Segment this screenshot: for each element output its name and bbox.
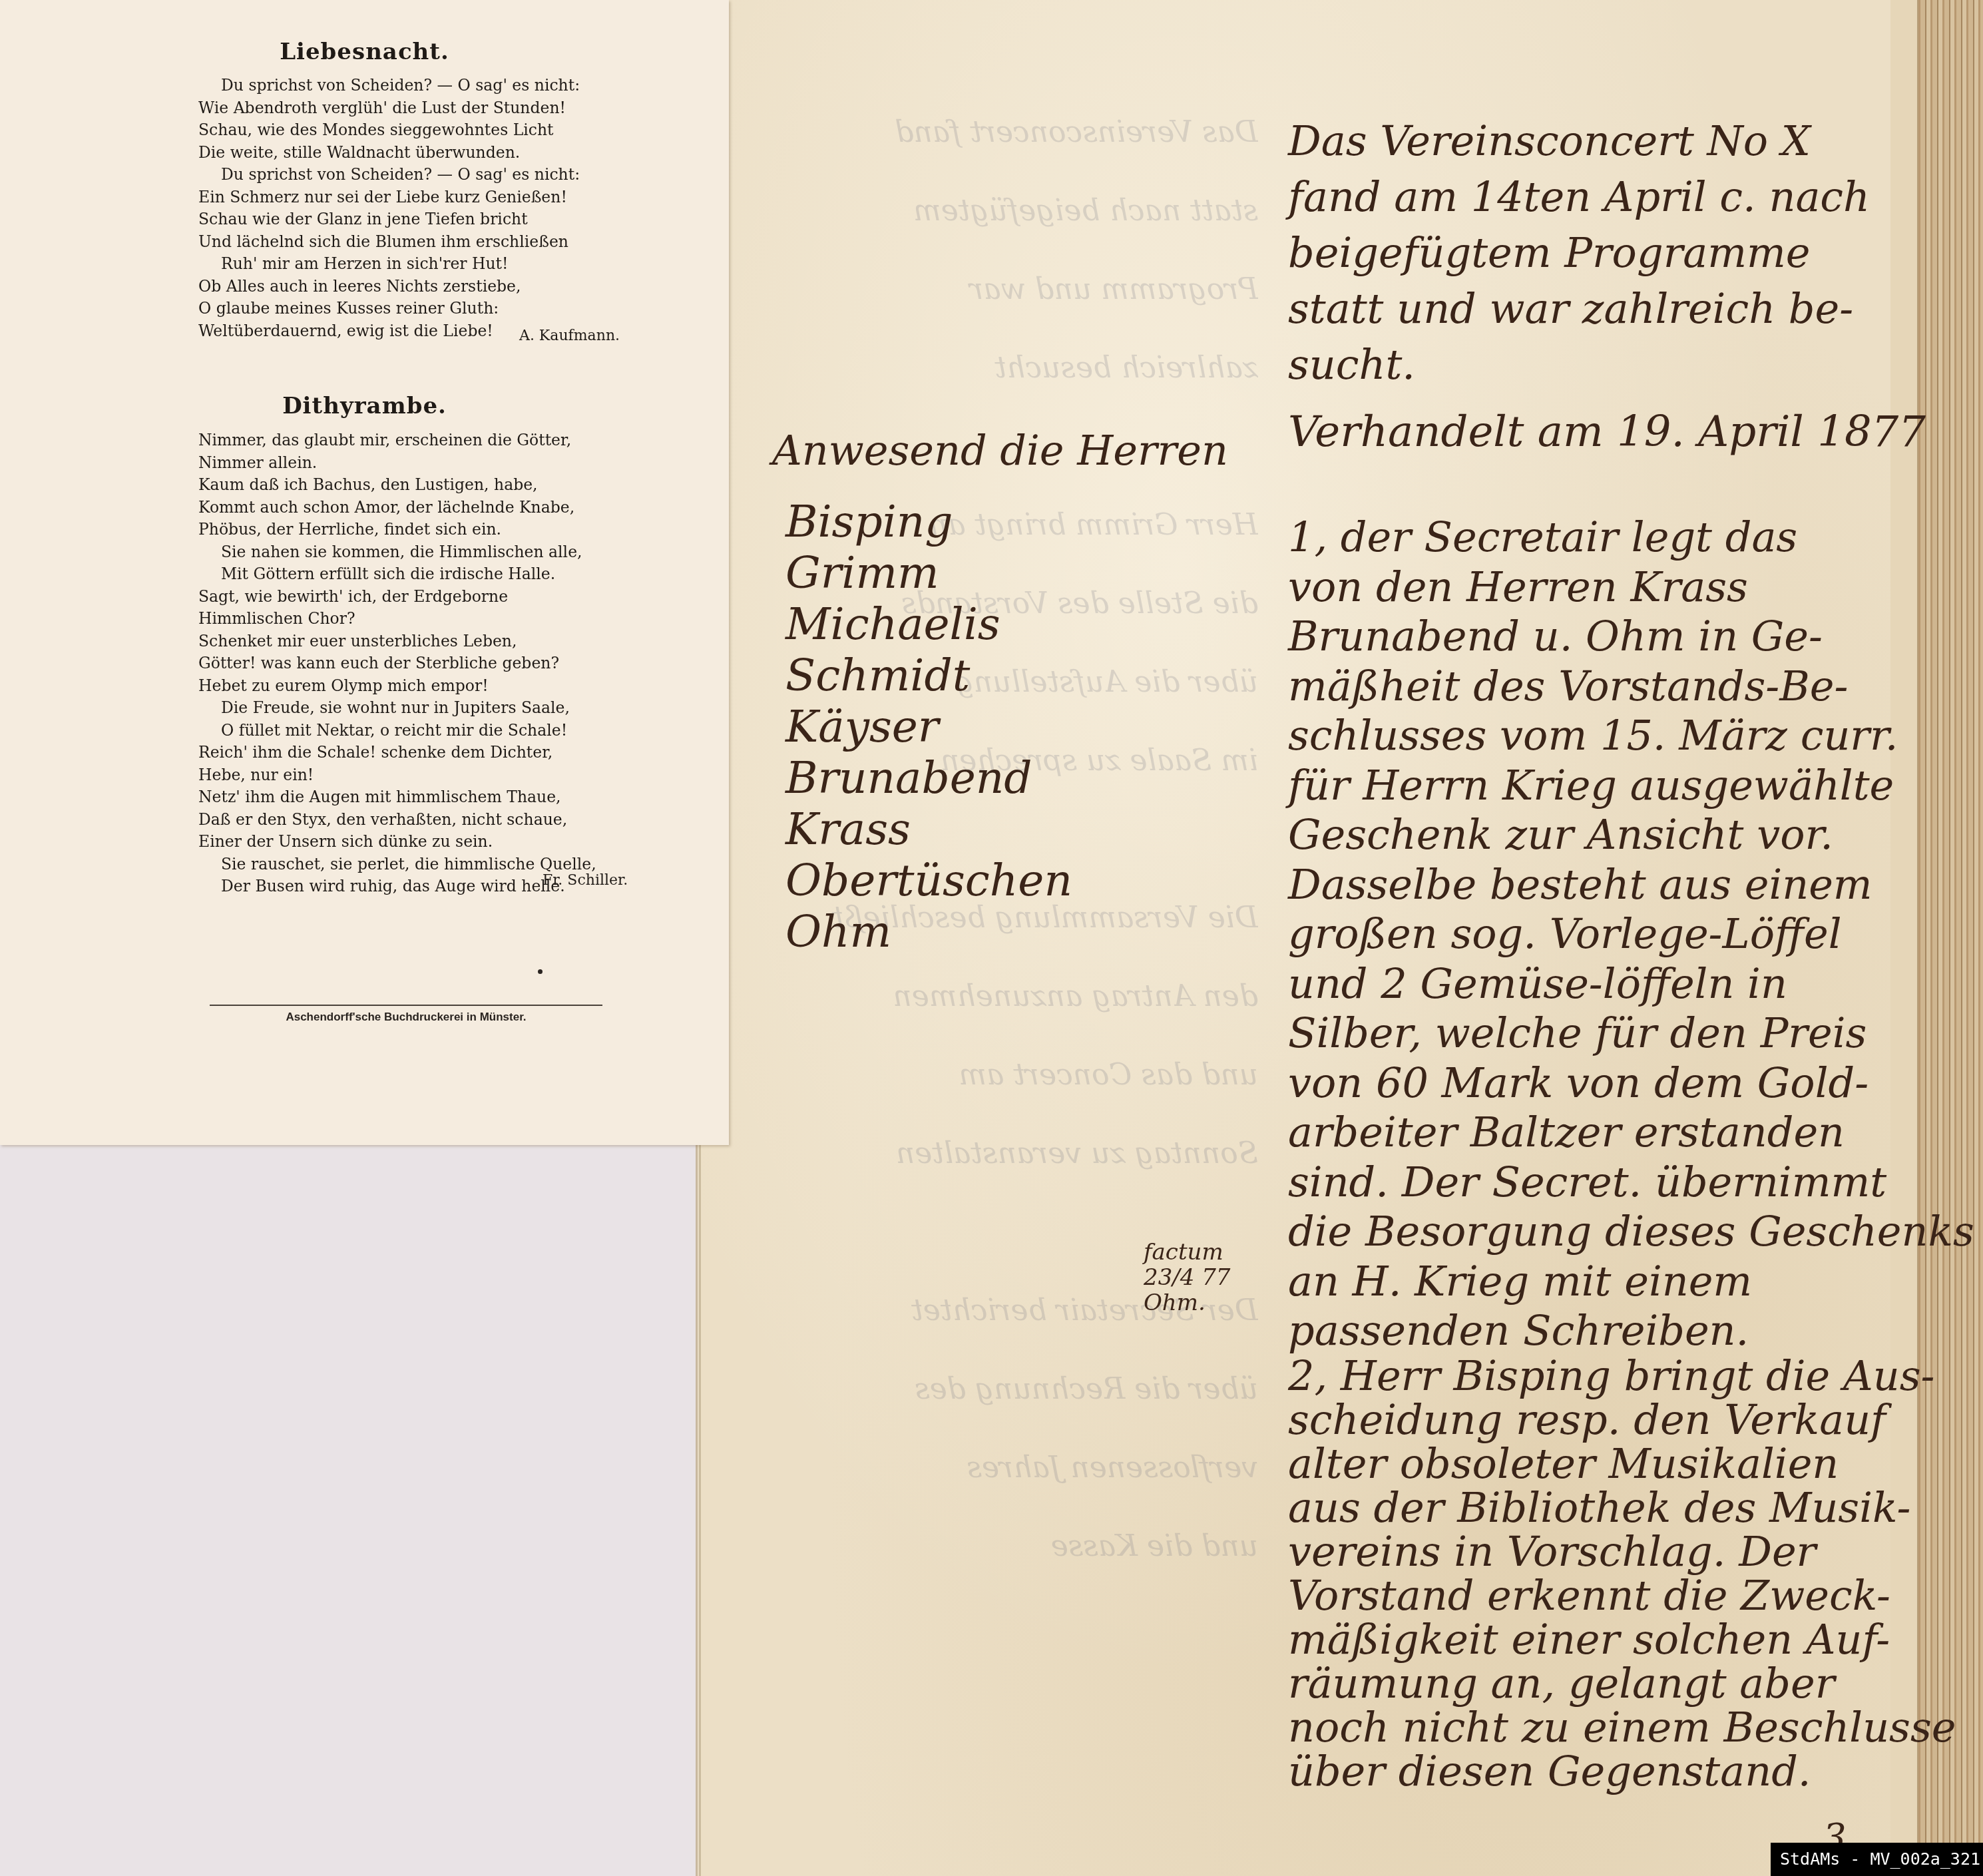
handwritten-line: über diesen Gegenstand. [1288,1747,1811,1795]
handwritten-line: Vorstand erkennt die Zweck- [1288,1571,1890,1620]
attendee-name: Käyser [785,701,939,752]
attendee-name: Brunabend [785,752,1032,804]
poem-line: Sagt, wie bewirth' ich, der Erdgeborne [198,586,638,608]
poem-title-dithyrambe: Dithyrambe. [0,393,729,419]
handwritten-line: sind. Der Secret. übernimmt [1288,1158,1886,1206]
attendee-name: Obertüschen [785,855,1072,906]
handwritten-line: großen sog. Vorlege-Löffel [1288,909,1842,958]
poem-line: O glaube meines Kusses reiner Gluth: [198,298,638,320]
poem-line: Und lächelnd sich die Blumen ihm erschli… [198,231,638,254]
handwritten-line: von den Herren Krass [1288,563,1748,611]
handwritten-line: räumung an, gelangt aber [1288,1659,1835,1708]
poem-line: Nimmer, das glaubt mir, erscheinen die G… [198,429,638,452]
poem-line: Ruh' mir am Herzen in sich'rer Hut! [198,253,638,276]
printer-rule [210,1005,602,1006]
poem-line: Ob Alles auch in leeres Nichts zerstiebe… [198,276,638,298]
ink-dot [538,969,543,974]
attendance-heading: Anwesend die Herren [772,426,1228,475]
handwritten-line: beigefügtem Programme [1288,228,1811,277]
meeting-heading: Verhandelt am 19. April 1877 [1288,407,1926,457]
handwritten-line: Das Vereinsconcert No X [1288,117,1811,165]
poem-line: Himmlischen Chor? [198,608,638,630]
printer-imprint: Aschendorff'sche Buchdruckerei in Münste… [210,1011,602,1024]
poem-line: Reich' ihm die Schale! schenke dem Dicht… [198,742,638,764]
handwritten-line: aus der Bibliothek des Musik- [1288,1483,1910,1532]
handwritten-line: Brunabend u. Ohm in Ge- [1288,612,1823,660]
archive-watermark: StdAMs - MV_002a_321 [1771,1843,1983,1876]
margin-note-factum: factum 23/4 77 Ohm. [1144,1240,1230,1315]
handwritten-line: mäßheit des Vorstands-Be- [1288,662,1848,710]
handwritten-line: schlusses vom 15. März curr. [1288,711,1898,760]
handwritten-line: an H. Krieg mit einem [1288,1257,1752,1305]
poem-line: Ein Schmerz nur sei der Liebe kurz Genie… [198,186,638,209]
poem-line: Schau wie der Glanz in jene Tiefen brich… [198,208,638,231]
handwritten-line: noch nicht zu einem Beschlusse [1288,1703,1956,1752]
handwritten-line: passenden Schreiben. [1288,1306,1749,1355]
attendee-name: Krass [785,804,911,855]
poem-line: Wie Abendroth verglüh' die Lust der Stun… [198,97,638,120]
handwritten-line: Geschenk zur Ansicht vor. [1288,810,1833,859]
poem-liebesnacht: Du sprichst von Scheiden? — O sag' es ni… [198,75,638,342]
handwritten-line: alter obsoleter Musikalien [1288,1439,1839,1488]
poem-line: Phöbus, der Herrliche, findet sich ein. [198,519,638,541]
poem-line: Hebet zu eurem Olymp mich empor! [198,675,638,698]
handwritten-line: statt und war zahlreich be- [1288,284,1853,333]
poem-author-kaufmann: A. Kaufmann. [519,328,620,344]
poem-line: Kaum daß ich Bachus, den Lustigen, habe, [198,474,638,497]
poem-line: Schenket mir euer unsterbliches Leben, [198,630,638,653]
poem-line: Du sprichst von Scheiden? — O sag' es ni… [198,75,638,97]
poem-line: O füllet mit Nektar, o reicht mir die Sc… [198,720,638,742]
poem-line: Daß er den Styx, den verhaßten, nicht sc… [198,809,638,831]
handwritten-line: fand am 14ten April c. nach [1288,172,1870,221]
handwritten-line: sucht. [1288,340,1415,389]
poem-line: Einer der Unsern sich dünke zu sein. [198,831,638,853]
backing-sheet [0,1145,698,1876]
handwritten-line: und 2 Gemüse-löffeln in [1288,959,1787,1008]
page-lip [1890,0,1918,1876]
poem-dithyrambe: Nimmer, das glaubt mir, erscheinen die G… [198,429,638,898]
handwritten-line: mäßigkeit einer solchen Auf- [1288,1615,1890,1664]
poem-line: Netz' ihm die Augen mit himmlischem Thau… [198,786,638,809]
printed-program-sheet: Liebesnacht. Du sprichst von Scheiden? —… [0,0,729,1145]
poem-line: Schau, wie des Mondes sieggewohntes Lich… [198,119,638,142]
handwritten-line: von 60 Mark von dem Gold- [1288,1058,1869,1107]
handwritten-line: scheidung resp. den Verkauf [1288,1395,1886,1444]
poem-title-liebesnacht: Liebesnacht. [0,39,729,65]
attendee-name: Grimm [785,547,939,598]
attendee-name: Michaelis [785,598,1000,650]
handwritten-line: für Herrn Krieg ausgewählte [1288,761,1894,810]
handwritten-line: arbeiter Baltzer erstanden [1288,1108,1845,1156]
poem-line: Du sprichst von Scheiden? — O sag' es ni… [198,164,638,186]
poem-author-schiller: Fr. Schiller. [543,872,628,889]
handwritten-line: 2, Herr Bisping bringt die Aus- [1288,1351,1934,1400]
poem-line: Nimmer allein. [198,452,638,475]
poem-line: Götter! was kann euch der Sterbliche geb… [198,652,638,675]
poem-line: Die Freude, sie wohnt nur in Jupiters Sa… [198,697,638,720]
poem-line: Mit Göttern erfüllt sich die irdische Ha… [198,563,638,586]
attendee-name: Bisping [785,496,953,547]
attendee-name: Schmidt [785,650,970,701]
poem-line: Die weite, stille Waldnacht überwunden. [198,142,638,164]
handwritten-line: Dasselbe besteht aus einem [1288,860,1873,909]
handwritten-line: 1, der Secretair legt das [1288,513,1797,561]
handwritten-line: vereins in Vorschlag. Der [1288,1527,1816,1576]
handwritten-line: Silber, welche für den Preis [1288,1009,1867,1057]
book-edge [1890,0,1983,1876]
poem-line: Kommt auch schon Amor, der lächelnde Kna… [198,497,638,519]
handwritten-line: die Besorgung dieses Geschenks [1288,1207,1974,1256]
poem-line: Sie nahen sie kommen, die Himmlischen al… [198,541,638,564]
attendee-name: Ohm [785,906,891,957]
poem-line: Hebe, nur ein! [198,764,638,787]
